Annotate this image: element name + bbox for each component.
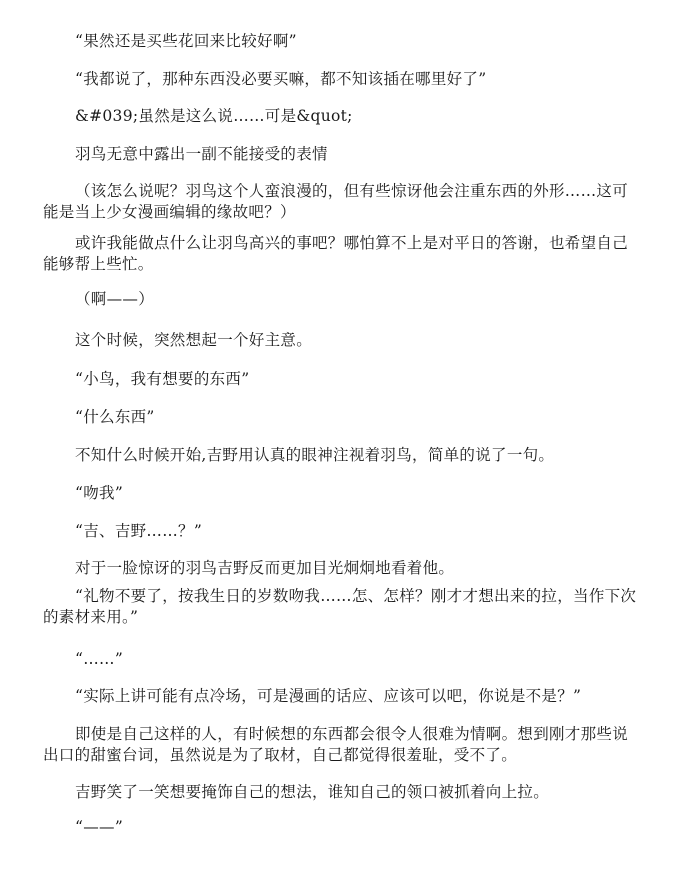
paragraph: 这个时候，突然想起一个好主意。 (43, 330, 639, 351)
paragraph: 不知什么时候开始,吉野用认真的眼神注视着羽鸟，简单的说了一句。 (43, 445, 639, 466)
paragraph: （啊——） (43, 289, 639, 310)
paragraph: 对于一脸惊讶的羽鸟吉野反而更加目光炯炯地看着他。 (43, 558, 639, 579)
paragraph: “……” (43, 649, 639, 670)
paragraph: “——” (43, 817, 639, 838)
paragraph: “吉、吉野……？” (43, 521, 639, 542)
paragraph: 即使是自己这样的人，有时候想的东西都会很令人很难为情啊。想到刚才那些说出口的甜蜜… (43, 724, 639, 766)
paragraph: “礼物不要了，按我生日的岁数吻我……怎、怎样？刚才才想出来的拉，当作下次的素材来… (43, 586, 639, 628)
paragraph: “我都说了，那种东西没必要买嘛，都不知该插在哪里好了” (43, 69, 639, 90)
paragraph: 羽鸟无意中露出一副不能接受的表情 (43, 144, 639, 165)
document-page: “果然还是买些花回来比较好啊” “我都说了，那种东西没必要买嘛，都不知该插在哪里… (0, 0, 680, 880)
paragraph: “吻我” (43, 483, 639, 504)
paragraph: “什么东西” (43, 407, 639, 428)
paragraph: “果然还是买些花回来比较好啊” (43, 31, 639, 52)
paragraph: 吉野笑了一笑想要掩饰自己的想法，谁知自己的领口被抓着向上拉。 (43, 782, 639, 803)
paragraph: “实际上讲可能有点冷场，可是漫画的话应、应该可以吧，你说是不是？” (43, 686, 639, 707)
paragraph: 或许我能做点什么让羽鸟高兴的事吧？哪怕算不上是对平日的答谢，也希望自己能够帮上些… (43, 233, 639, 275)
paragraph: “小鸟，我有想要的东西” (43, 369, 639, 390)
paragraph: &#039;虽然是这么说……可是&quot; (43, 106, 639, 127)
paragraph: （该怎么说呢？羽鸟这个人蛮浪漫的，但有些惊讶他会注重东西的外形……这可能是当上少… (43, 181, 639, 223)
